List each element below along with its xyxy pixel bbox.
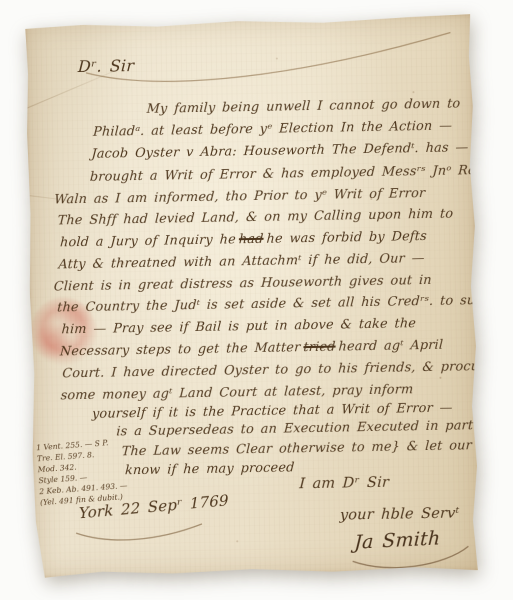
- manuscript-line: him — Pray see if Bail is put in above &…: [61, 316, 416, 337]
- line-text: he was forbid by Defts: [266, 229, 427, 247]
- valediction-line: I am Dʳ Sir: [299, 475, 390, 493]
- signature: Ja Smith: [354, 527, 441, 554]
- manuscript-line: Court. I have directed Oyster to go to h…: [62, 359, 494, 382]
- struck-word: tried: [303, 340, 336, 356]
- letter-paper: Dʳ. Sir My family being unwell I cannot …: [25, 14, 481, 578]
- manuscript-line: the Country the Judᵗ is set aside & set …: [57, 293, 484, 315]
- manuscript-line: Atty & threatned with an Attachmᵗ if he …: [58, 251, 425, 272]
- manuscript-line-with-strikeout: Necessary steps to get the Mattertriedhe…: [60, 338, 444, 360]
- struck-word: had: [238, 232, 263, 247]
- manuscript-line: some money agᵗ Land Court at latest, pra…: [60, 382, 413, 403]
- line-text: hold a Jury of Inquiry he: [60, 232, 237, 250]
- salutation: Dʳ. Sir: [77, 56, 134, 76]
- manuscript-line: My family being unwell I cannot go down …: [146, 96, 460, 116]
- line-text: heard agᵗ April: [338, 338, 443, 355]
- manuscript-line: The Shff had levied Land, & on my Callin…: [57, 206, 453, 228]
- paper-sheet: Dʳ. Sir My family being unwell I cannot …: [25, 14, 481, 578]
- line-text: Necessary steps to get the Matter: [60, 340, 301, 359]
- manuscript-line: Philadᵃ. at least before yᵉ Election In …: [93, 118, 453, 139]
- manuscript-line: Jacob Oyster v Abra: Houseworth The Defe…: [91, 140, 469, 162]
- manuscript-line: is a Supersedeas to an Execution Execute…: [116, 418, 493, 440]
- foxing-specks: [25, 22, 27, 24]
- manuscript-line: know if he may proceed: [125, 460, 295, 478]
- manuscript-line: The Law seems Clear otherwise to me} & l…: [121, 438, 506, 460]
- manuscript-line-with-strikeout: hold a Jury of Inquiry hehadhe was forbi…: [60, 229, 428, 250]
- manuscript-line: brought a Writ of Error & has employed M…: [90, 163, 509, 185]
- valediction-line: your hble Servᵗ: [339, 505, 459, 523]
- manuscript-line: Client is in great distress as Housewort…: [53, 273, 432, 295]
- margin-citations: 1 Vent. 255. — S P. Tre. El. 597. 8. Mod…: [36, 436, 130, 508]
- manuscript-line: Waln as I am informed, tho Prior to yᵉ W…: [54, 186, 426, 207]
- photograph-background: Dʳ. Sir My family being unwell I cannot …: [0, 0, 513, 600]
